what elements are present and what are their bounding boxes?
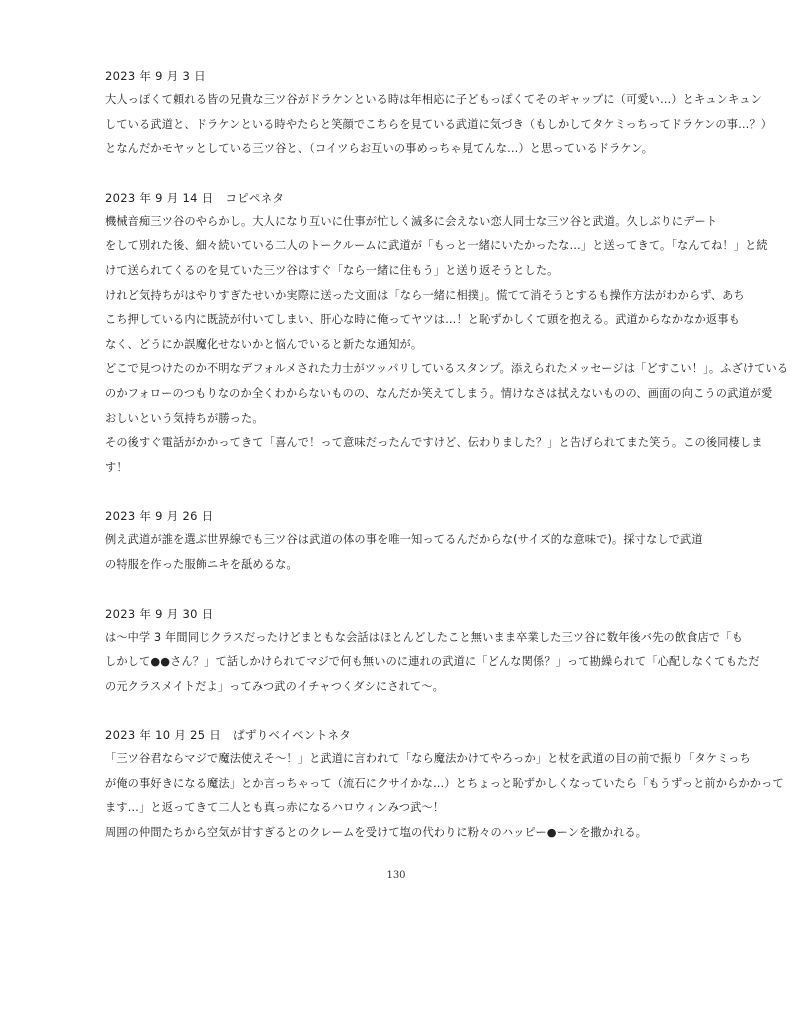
entry-text-line: している武道と、ドラケンといる時やたらと笑顔でこちらを見ている武道に気づき（もし… xyxy=(105,113,705,138)
entry-date: 2023 年 9 月 30 日 xyxy=(105,607,214,621)
entry-date-heading: 2023 年 9 月 3 日 xyxy=(105,64,705,88)
entry-text-line: どこで見つけたのか不明なデフォルメされた力士がツッパリしているスタンプ。添えられ… xyxy=(105,357,705,382)
entry-date-heading: 2023 年 9 月 14 日コピペネタ xyxy=(105,186,705,210)
entry-date: 2023 年 10 月 25 日 xyxy=(105,728,221,742)
entry-text-line: なく、どうにか誤魔化せないかと悩んでいると新たな通知が。 xyxy=(105,333,705,358)
diary-entry: 2023 年 9 月 14 日コピペネタ 機械音痴三ツ谷のやらかし。大人になり互… xyxy=(105,186,705,481)
entry-text-line: のかフォローのつもりなのか全くわからないものの、なんだか笑えてしまう。情けなさは… xyxy=(105,382,705,407)
entry-date-heading: 2023 年 9 月 30 日 xyxy=(105,602,705,626)
entry-text-line: となんだかモヤッとしている三ツ谷と、（コイツらお互いの事めっちゃ見てんな…）と思… xyxy=(105,137,705,162)
entry-text-line: 例え武道が誰を選ぶ世界線でも三ツ谷は武道の体の事を唯一知ってるんだからな(サイズ… xyxy=(105,528,705,553)
entry-tag: ぱずりベイベントネタ xyxy=(233,728,351,742)
entry-text-line: おしいという気持ちが勝った。 xyxy=(105,407,705,432)
entry-text-line: は～中学 3 年間同じクラスだったけどまともな会話はほとんどしたこと無いまま卒業… xyxy=(105,626,705,651)
entry-text-line: 機械音痴三ツ谷のやらかし。大人になり互いに仕事が忙しく滅多に会えない恋人同士な三… xyxy=(105,210,705,235)
entry-date: 2023 年 9 月 14 日 xyxy=(105,191,214,205)
entry-text-line: けて送られてくるのを見ていた三ツ谷はすぐ「なら一緒に住もう」と送り返そうとした。 xyxy=(105,259,705,284)
entry-text-line: の元クラスメイトだよ」ってみつ武のイチャつくダシにされて～。 xyxy=(105,675,705,700)
page-content: 2023 年 9 月 3 日 大人っぽくて頼れる皆の兄貴な三ツ谷がドラケンといる… xyxy=(105,64,705,870)
diary-entry: 2023 年 9 月 26 日 例え武道が誰を選ぶ世界線でも三ツ谷は武道の体の事… xyxy=(105,504,705,577)
entry-text-line: の特服を作った服飾ニキを舐めるな。 xyxy=(105,553,705,578)
entry-date-heading: 2023 年 10 月 25 日ぱずりベイベントネタ xyxy=(105,723,705,747)
entry-date-heading: 2023 年 9 月 26 日 xyxy=(105,504,705,528)
entry-text-line: 周囲の仲間たちから空気が甘すぎるとのクレームを受けて塩の代わりに粉々のハッピー●… xyxy=(105,821,705,846)
entry-date: 2023 年 9 月 26 日 xyxy=(105,509,214,523)
entry-text-line: ます…」と返ってきて二人とも真っ赤になるハロウィンみつ武～！ xyxy=(105,796,705,821)
diary-entry: 2023 年 10 月 25 日ぱずりベイベントネタ 「三ツ谷君ならマジで魔法使… xyxy=(105,723,705,845)
entry-text-line: が俺の事好きになる魔法」とか言っちゃって（流石にクサイかな…）とちょっと恥ずかし… xyxy=(105,772,705,797)
page-number: 130 xyxy=(0,870,792,881)
entry-text-line: その後すぐ電話がかかってきて「喜んで！って意味だったんですけど、伝わりました？」… xyxy=(105,431,705,456)
entry-text-line: 大人っぽくて頼れる皆の兄貴な三ツ谷がドラケンといる時は年相応に子どもっぽくてその… xyxy=(105,88,705,113)
document-page: 2023 年 9 月 3 日 大人っぽくて頼れる皆の兄貴な三ツ谷がドラケンといる… xyxy=(0,0,792,1024)
entry-tag: コピペネタ xyxy=(226,191,285,205)
entry-text-line: けれど気持ちがはやりすぎたせいか実際に送った文面は「なら一緒に相撲」。慌てて消そ… xyxy=(105,284,705,309)
entry-text-line: をして別れた後、細々続いている二人のトークルームに武道が「もっと一緒にいたかった… xyxy=(105,234,705,259)
entry-text-line: 「三ツ谷君ならマジで魔法使えそ～！」と武道に言われて「なら魔法かけてやろっか」と… xyxy=(105,747,705,772)
entry-text-line: こち押している内に既読が付いてしまい、肝心な時に俺ってヤツは…！と恥ずかしくて頭… xyxy=(105,308,705,333)
entry-text-line: しかして●●さん？」て話しかけられてマジで何も無いのに連れの武道に「どんな関係？… xyxy=(105,650,705,675)
diary-entry: 2023 年 9 月 3 日 大人っぽくて頼れる皆の兄貴な三ツ谷がドラケンといる… xyxy=(105,64,705,162)
diary-entry: 2023 年 9 月 30 日 は～中学 3 年間同じクラスだったけどまともな会… xyxy=(105,602,705,700)
entry-text-line: す！ xyxy=(105,456,705,481)
entry-date: 2023 年 9 月 3 日 xyxy=(105,69,206,83)
